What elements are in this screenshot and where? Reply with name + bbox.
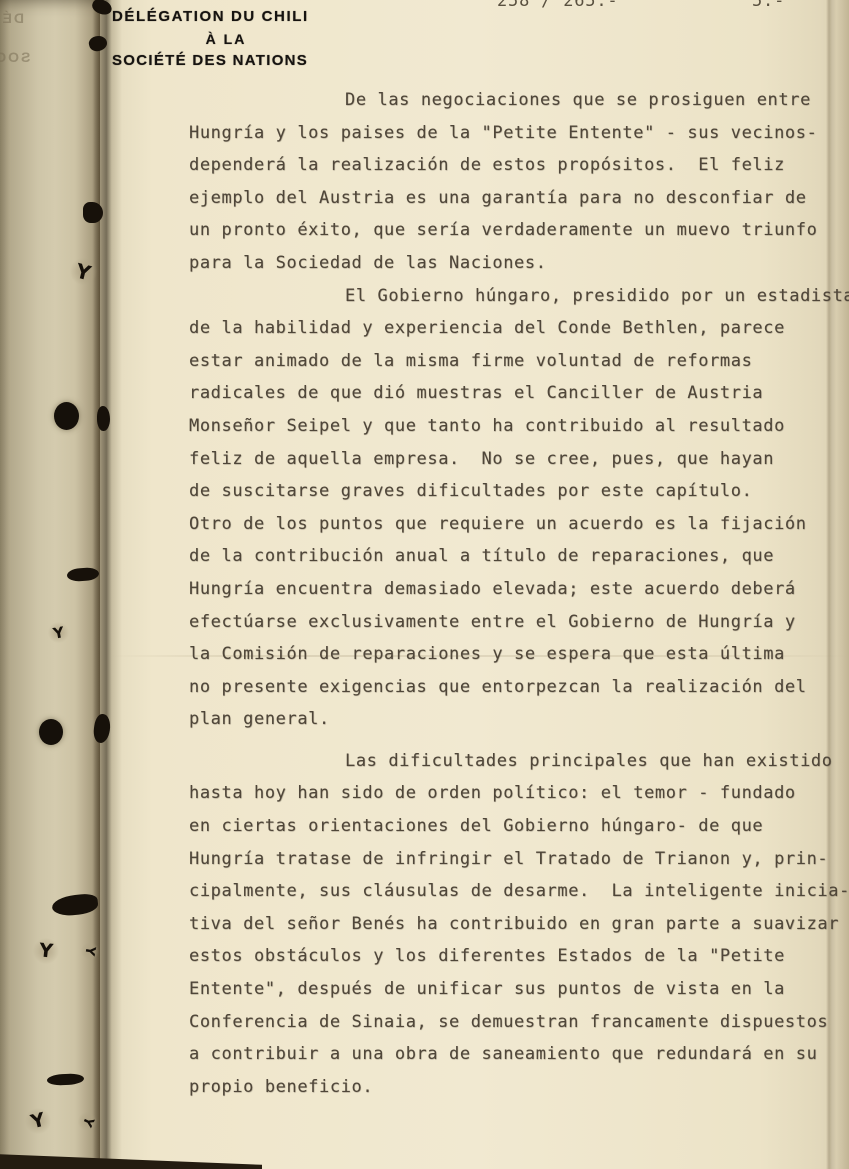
typewritten-line: Monseñor Seipel y que tanto ha contribui…	[189, 410, 841, 443]
typewritten-line: un pronto éxito, que sería verdaderament…	[189, 214, 841, 247]
typewritten-line: estos obstáculos y los diferentes Estado…	[189, 940, 841, 973]
typewritten-line: dependerá la realización de estos propós…	[189, 149, 841, 182]
typewritten-line: no presente exigencias que entorpezcan l…	[189, 671, 841, 704]
typewritten-line: de suscitarse graves dificultades por es…	[189, 475, 841, 508]
punch-hole	[39, 719, 63, 745]
typewritten-line: tiva del señor Benés ha contribuido en g…	[189, 908, 841, 941]
typewritten-line: ejemplo del Austria es una garantía para…	[189, 182, 841, 215]
typewritten-line: en ciertas orientaciones del Gobierno hú…	[189, 810, 841, 843]
typewritten-line: efectúarse exclusivamente entre el Gobie…	[189, 606, 841, 639]
typewritten-line: Conferencia de Sinaia, se demuestran fra…	[189, 1006, 841, 1039]
typewritten-line: hasta hoy han sido de orden político: el…	[189, 777, 841, 810]
typewritten-line: Hungría y los paises de la "Petite Enten…	[189, 117, 841, 150]
punch-hole	[54, 402, 79, 430]
page-number: 5.-	[752, 0, 785, 11]
typewritten-line: Entente", después de unificar sus puntos…	[189, 973, 841, 1006]
bleedthrough-text: SOC	[0, 49, 30, 65]
typewritten-line: radicales de que dió muestras el Cancill…	[189, 377, 841, 410]
paragraph: El Gobierno húngaro, presidido por un es…	[189, 280, 841, 736]
paragraph: De las negociaciones que se prosiguen en…	[189, 84, 841, 280]
typewritten-line: Otro de los puntos que requiere un acuer…	[189, 508, 841, 541]
bleedthrough-text: DÉL	[0, 10, 24, 26]
scanned-document: DÉL SOC DÉLÉGATION DU CHILI À LA SOCIÉTÉ…	[0, 0, 849, 1169]
typewritten-line: la Comisión de reparaciones y se espera …	[189, 638, 841, 671]
reference-number: 258 / 265.-	[497, 0, 618, 11]
paragraph: Las dificultades principales que han exi…	[189, 745, 841, 1104]
binding-crease	[92, 0, 122, 1169]
typewritten-line: estar animado de la misma firme voluntad…	[189, 345, 841, 378]
letterhead-line1: DÉLÉGATION DU CHILI	[112, 6, 340, 28]
letterhead: DÉLÉGATION DU CHILI À LA SOCIÉTÉ DES NAT…	[112, 6, 340, 72]
typewritten-line: plan general.	[189, 703, 841, 736]
typewritten-line: Hungría tratase de infringir el Tratado …	[189, 843, 841, 876]
document-body: De las negociaciones que se prosiguen en…	[189, 84, 841, 1103]
previous-page-edge: DÉL SOC	[0, 0, 100, 1169]
typewritten-line: feliz de aquella empresa. No se cree, pu…	[189, 443, 841, 476]
typewritten-line: propio beneficio.	[189, 1071, 841, 1104]
typewritten-line: cipalmente, sus cláusulas de desarme. La…	[189, 875, 841, 908]
typewritten-line: Hungría encuentra demasiado elevada; est…	[189, 573, 841, 606]
stitch-mark	[83, 202, 103, 223]
typewritten-line: De las negociaciones que se prosiguen en…	[189, 84, 841, 117]
letterhead-line3: SOCIÉTÉ DES NATIONS	[112, 50, 340, 72]
typewritten-line: a contribuir a una obra de saneamiento q…	[189, 1038, 841, 1071]
stitch-mark	[97, 406, 110, 431]
typewritten-line: Las dificultades principales que han exi…	[189, 745, 841, 778]
typewritten-line: de la habilidad y experiencia del Conde …	[189, 312, 841, 345]
typewritten-line: de la contribución anual a título de rep…	[189, 540, 841, 573]
typewritten-line: El Gobierno húngaro, presidido por un es…	[189, 280, 841, 313]
letterhead-line2: À LA	[112, 28, 340, 50]
typewritten-line: para la Sociedad de las Naciones.	[189, 247, 841, 280]
